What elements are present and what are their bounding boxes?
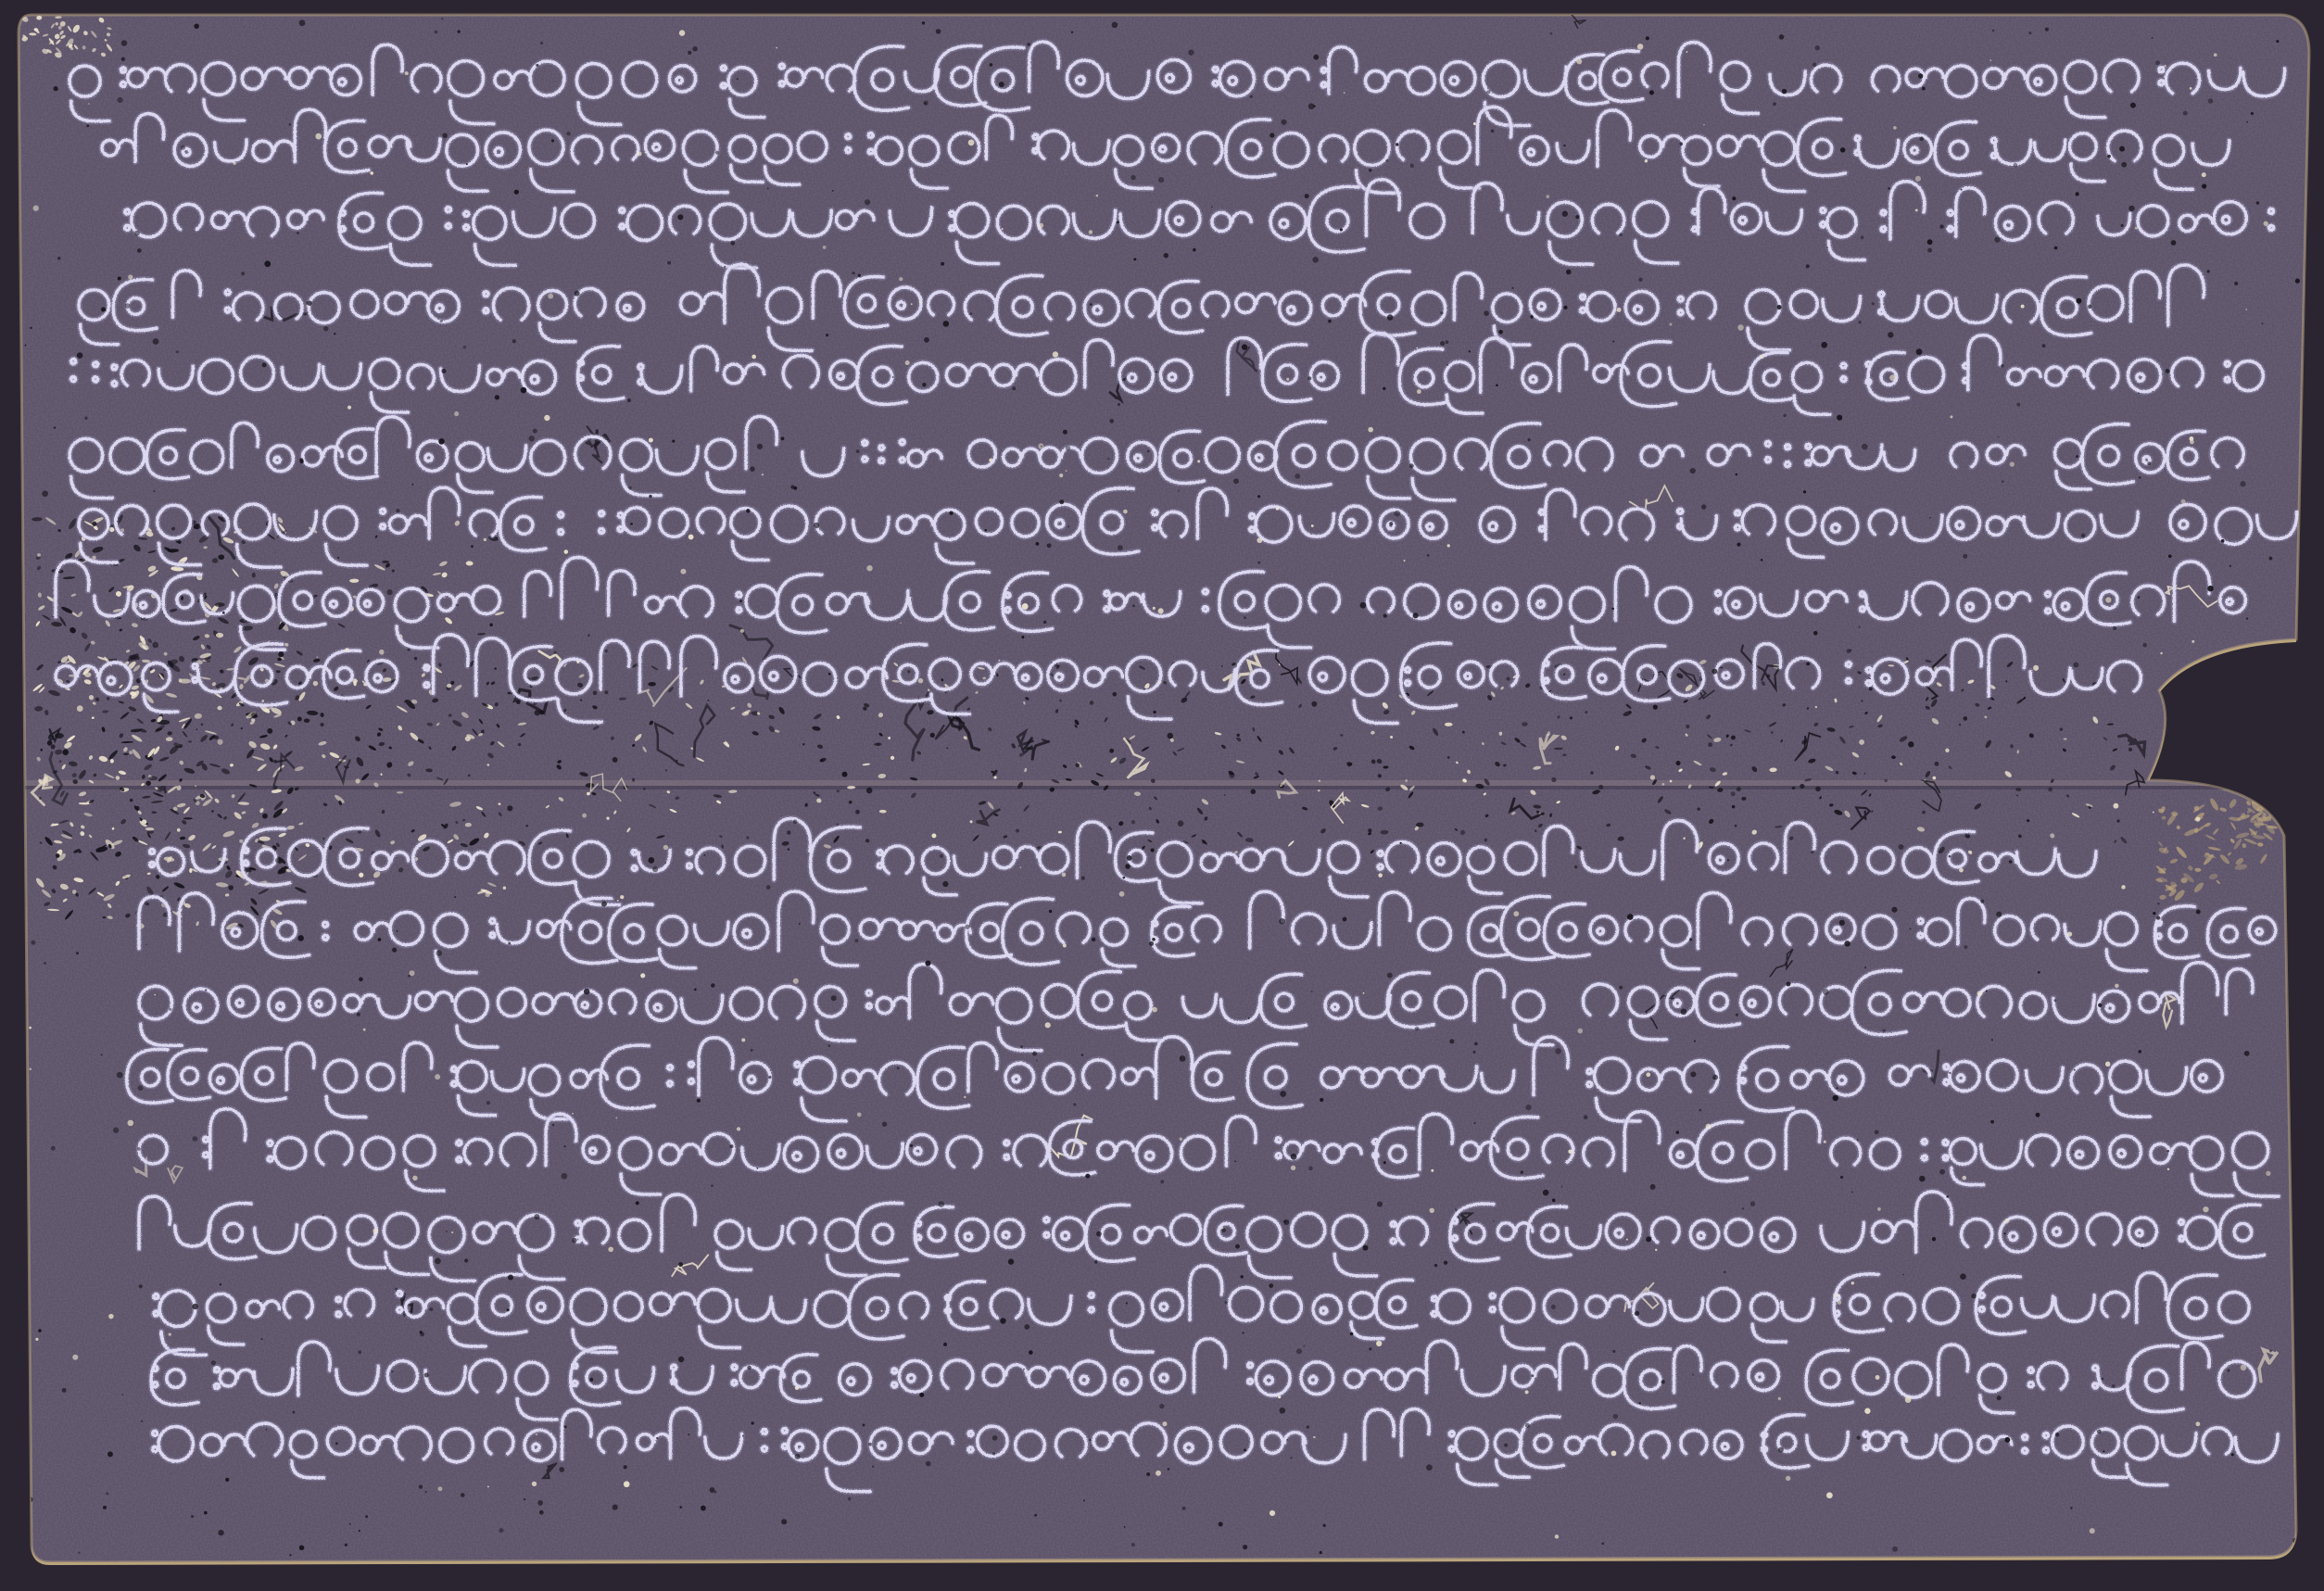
paper-grain [0,0,2324,1591]
fold-shadow [0,786,2324,789]
fold-crease [0,780,2324,786]
manuscript-page [0,0,2324,1591]
manuscript-photo [0,0,2324,1591]
